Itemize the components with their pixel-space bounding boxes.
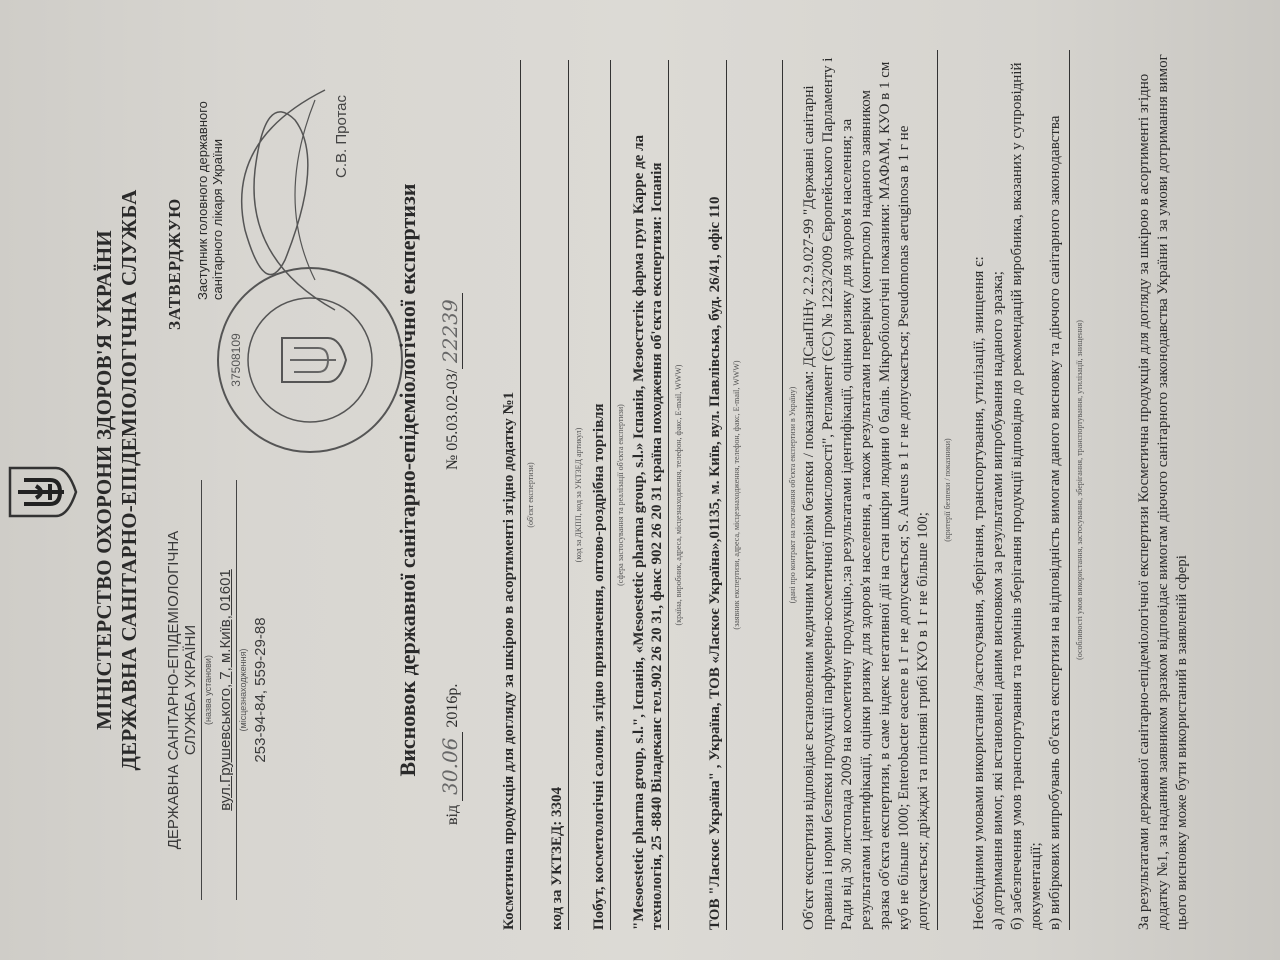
field-value: Косметична продукція для догляду за шкір… xyxy=(500,60,518,930)
usage-conditions: Необхідними умовами використання /застос… xyxy=(970,50,1089,930)
field-manufacturer: "Mesoestetic pharma group, s.l.", Іспані… xyxy=(630,60,688,930)
field-value xyxy=(762,60,780,930)
document-date-number: від 30.06 2016р. № 05.03.02-03/22239 xyxy=(438,105,462,825)
field-value: ТОВ "Ласкоє Україна" , Україна, ТОВ «Лас… xyxy=(706,60,724,930)
number-handwritten: 22239 xyxy=(438,293,463,369)
institution-name-2: СЛУЖБА УКРАЇНИ xyxy=(182,480,199,900)
field-value: код за УКТЗЕД: 3304 xyxy=(548,60,566,930)
institution-phones: 253-94-84, 559-29-88 xyxy=(252,480,269,900)
date-year: 2016р. xyxy=(444,684,461,728)
field-value: Побут, косметологічні салони, згідно при… xyxy=(590,60,608,930)
document-page: МІНІСТЕРСТВО ОХОРОНИ ЗДОРОВ'Я УКРАЇНИ ДЕ… xyxy=(0,0,1280,960)
institution-address: вул.Грушевського, 7, м.Київ, 01601 xyxy=(217,480,234,900)
svg-text:37508109: 37508109 xyxy=(229,333,243,387)
ministry-name: МІНІСТЕРСТВО ОХОРОНИ ЗДОРОВ'Я УКРАЇНИ xyxy=(92,0,117,960)
approval-title: ЗАТВЕРДЖУЮ xyxy=(165,60,185,330)
safety-criteria: Об'єкт експертизи відповідає встановлени… xyxy=(800,50,957,930)
ministry-header: МІНІСТЕРСТВО ОХОРОНИ ЗДОРОВ'Я УКРАЇНИ ДЕ… xyxy=(92,0,142,960)
field-application-sphere: Побут, косметологічні салони, згідно при… xyxy=(590,60,630,930)
institution-block: ДЕРЖАВНА САНІТАРНО-ЕПІДЕМІОЛОГІЧНА СЛУЖБ… xyxy=(165,480,269,900)
coat-of-arms-icon xyxy=(6,464,80,520)
field-caption: (заявник експертизи, адреса, місцезнаход… xyxy=(728,60,746,930)
condition-item: б) забезпечення умов транспортування та … xyxy=(1008,50,1046,930)
date-prefix: від xyxy=(444,805,461,825)
field-caption: (сфера застосування та реалізації об'єкт… xyxy=(612,60,630,930)
field-expertise-object: Косметична продукція для догляду за шкір… xyxy=(500,60,540,930)
conclusion-text: За результатами державної санітарно-епід… xyxy=(1135,50,1192,930)
criteria-text: Об'єкт експертизи відповідає встановлени… xyxy=(800,50,933,930)
field-contract: (дані про контракт на постачання об'єкта… xyxy=(762,60,802,930)
document-title: Висновок державної санітарно-епідеміолог… xyxy=(395,0,421,960)
condition-item: в) вибіркових випробувань об'єкта експер… xyxy=(1046,50,1065,930)
condition-item: а) дотримання вимог, які встановлені дан… xyxy=(989,50,1008,930)
conclusion: За результатами державної санітарно-епід… xyxy=(1135,50,1192,930)
conditions-caption: (особливості умов використання, застосув… xyxy=(1070,50,1089,930)
service-name: ДЕРЖАВНА САНІТАРНО-ЕПІДЕМІОЛОГІЧНА СЛУЖБ… xyxy=(117,0,142,960)
field-value: "Mesoestetic pharma group, s.l.", Іспані… xyxy=(630,60,666,930)
signature-icon xyxy=(225,80,355,320)
conditions-intro: Необхідними умовами використання /застос… xyxy=(970,50,989,930)
institution-name-caption: (назва установи) xyxy=(203,480,213,900)
institution-name: ДЕРЖАВНА САНІТАРНО-ЕПІДЕМІОЛОГІЧНА xyxy=(165,480,182,900)
date-handwritten: 30.06 xyxy=(438,732,463,801)
field-caption: (країна, виробник, адреса, місцезнаходже… xyxy=(670,60,688,930)
criteria-caption: (критерії безпеки / показники) xyxy=(938,50,957,930)
address-caption: (місцезнаходження) xyxy=(238,480,248,900)
field-applicant: ТОВ "Ласкоє Україна" , Україна, ТОВ «Лас… xyxy=(706,60,746,930)
field-product-code: код за УКТЗЕД: 3304 (код за ДКПП, код за… xyxy=(548,60,588,930)
field-caption: (об'єкт експертизи) xyxy=(522,60,540,930)
number-prefix: № 05.03.02-03/ xyxy=(444,369,461,470)
field-caption: (код за ДКПП, код за УКТЗЕД артикул) xyxy=(570,60,588,930)
